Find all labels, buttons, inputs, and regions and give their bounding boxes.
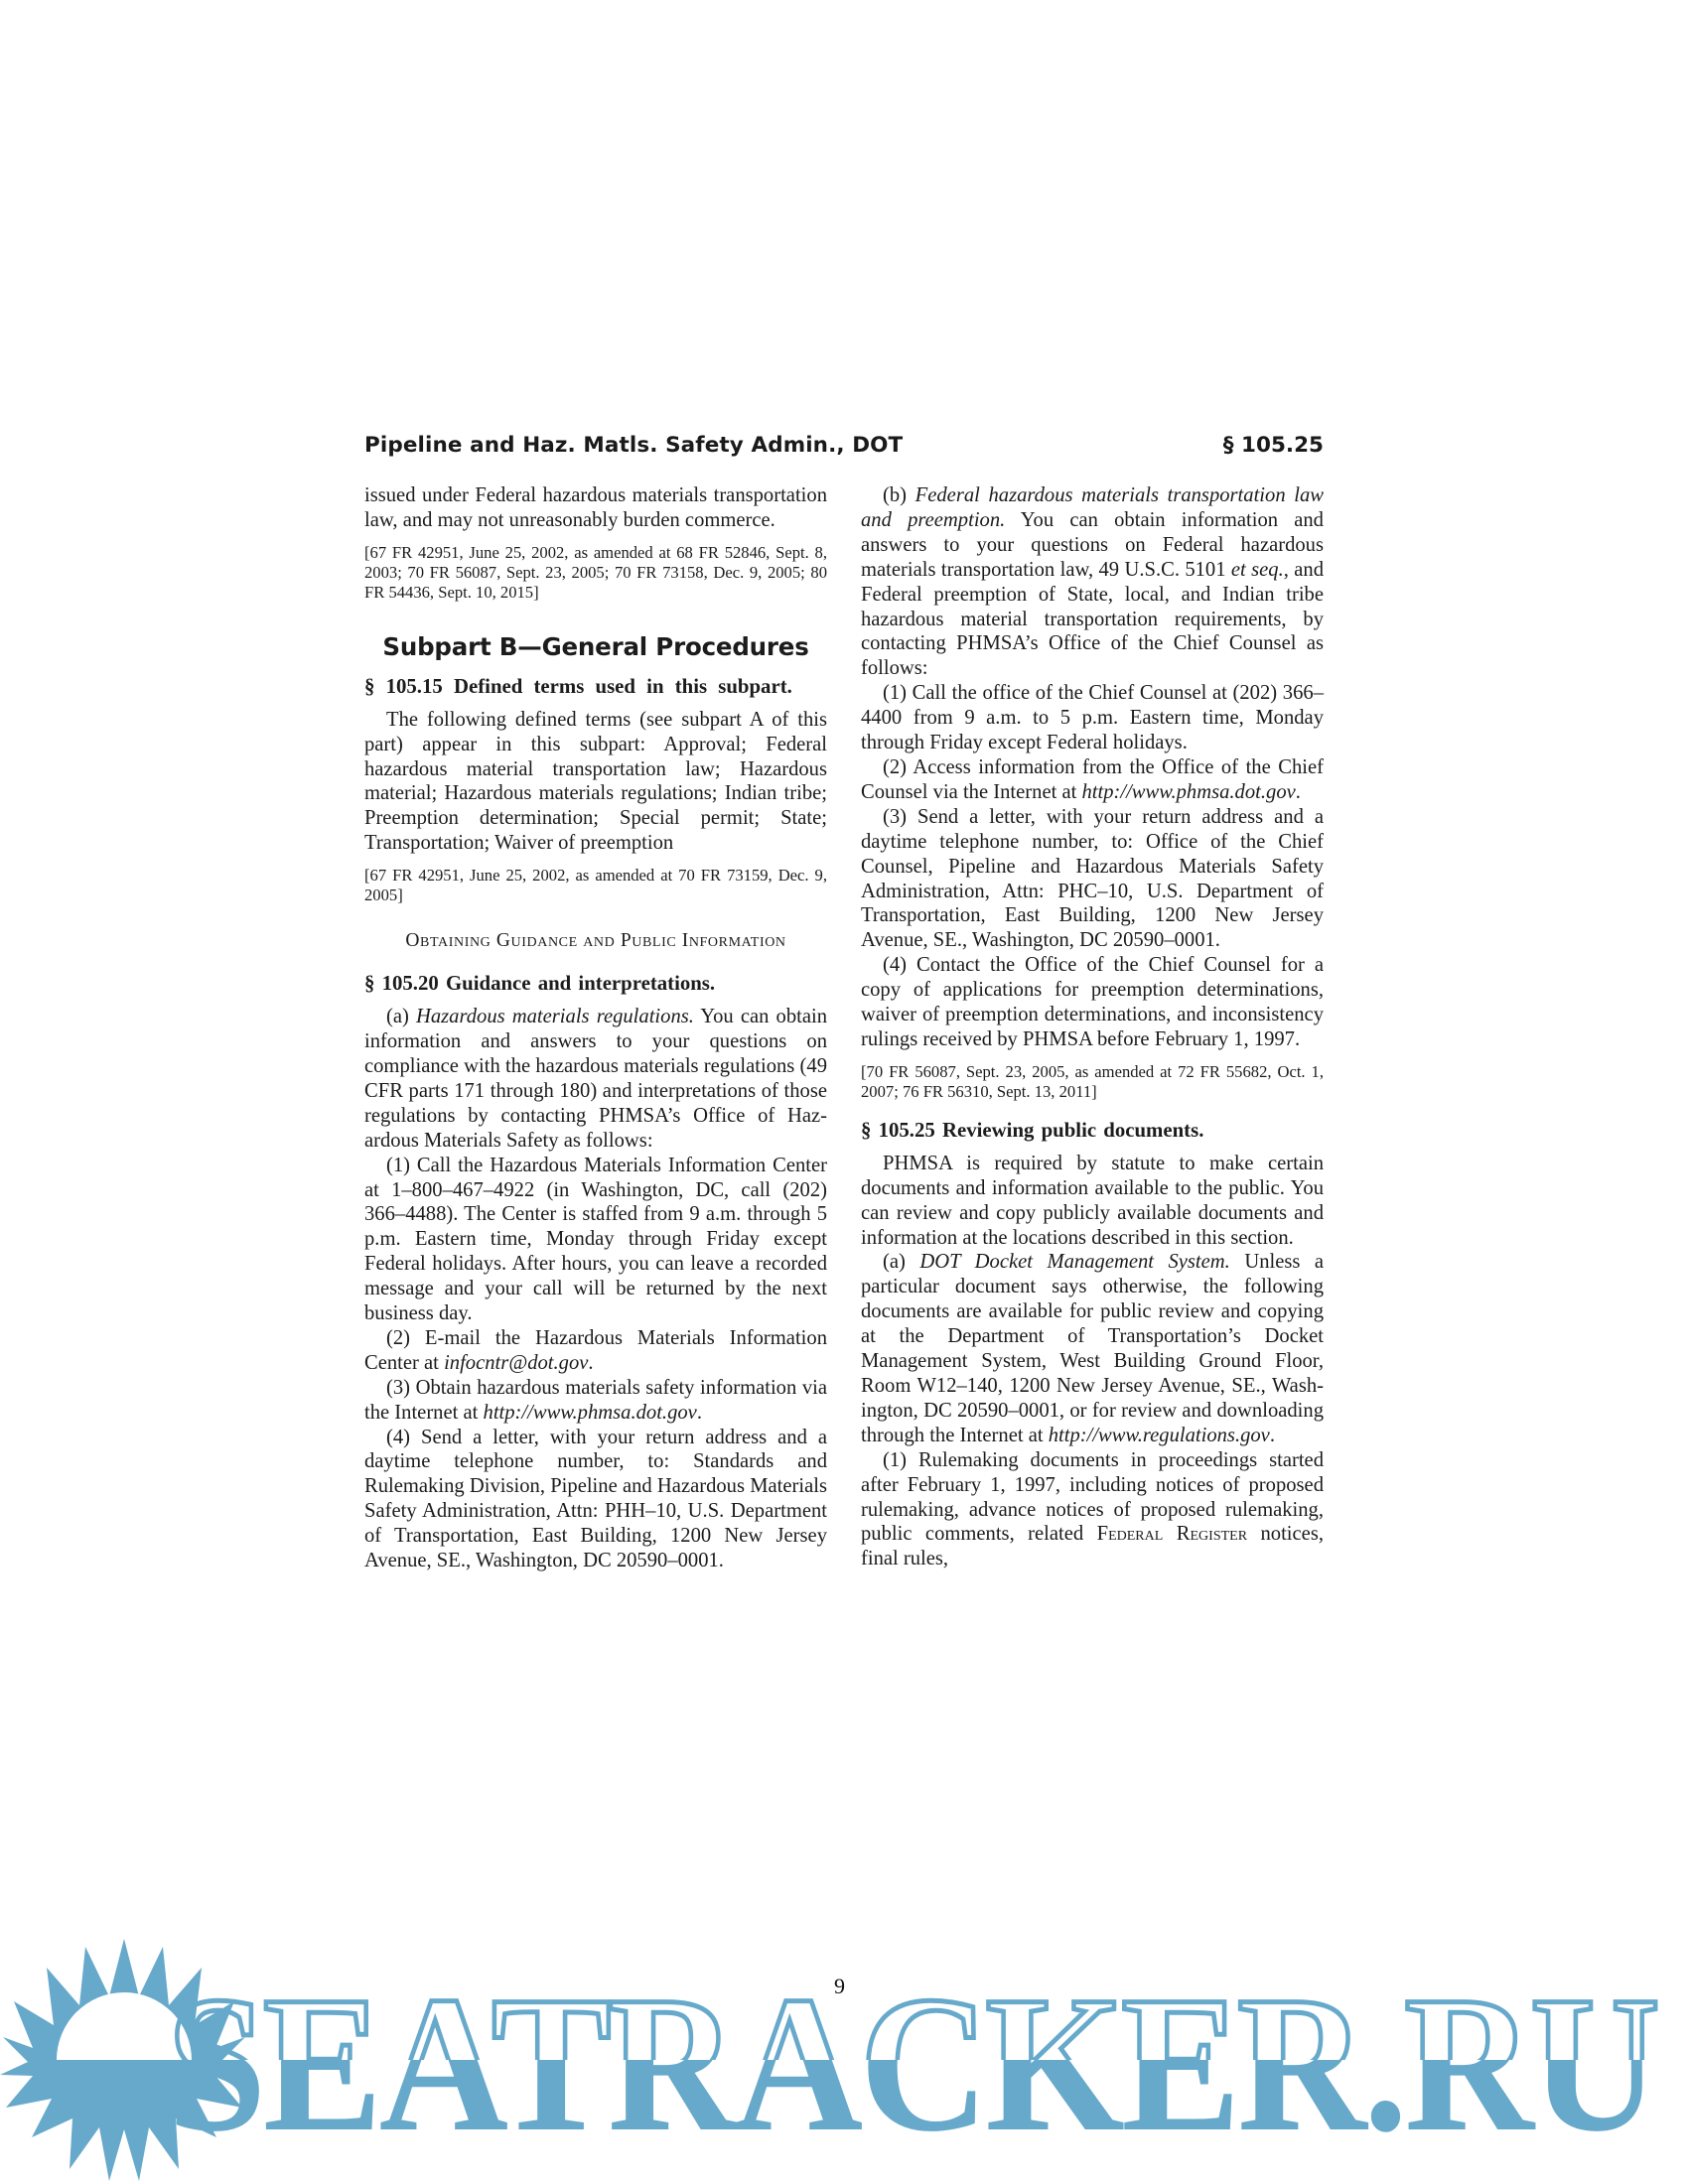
url-link[interactable]: http://www.phmsa.dot.gov [1081, 781, 1295, 803]
section-heading-105-25: § 105.25 Reviewing public documents. [861, 1120, 1324, 1142]
right-column: (b) Federal hazardous materials trans­po… [861, 483, 1324, 1571]
section-heading-105-15: § 105.15 Defined terms used in this subp… [364, 676, 827, 698]
running-header: Pipeline and Haz. Matls. Safety Admin., … [364, 433, 1324, 461]
email-link[interactable]: infocntr@dot.gov [444, 1352, 588, 1374]
subpart-heading: Subpart B—General Procedures [364, 635, 827, 660]
list-item-2: (2) Access information from the Of­fice … [861, 755, 1324, 805]
citation: [70 FR 56087, Sept. 23, 2005, as amended… [861, 1062, 1324, 1102]
url-link[interactable]: http://www.phmsa.dot.gov [484, 1402, 697, 1424]
svg-text:SEATRACKER.RU: SEATRACKER.RU [167, 1957, 1656, 2172]
list-item-4: (4) Contact the Office of the Chief Coun… [861, 953, 1324, 1052]
citation: [67 FR 42951, June 25, 2002, as amended … [364, 543, 827, 603]
section-intro: PHMSA is required by statute to make cer… [861, 1152, 1324, 1251]
para-title: DOT Docket Management System. [919, 1251, 1229, 1273]
list-item-1: (1) Rulemaking documents in pro­ceedings… [861, 1448, 1324, 1572]
federal-register: Federal Register [1097, 1523, 1247, 1545]
para-label: (b) [883, 484, 907, 506]
document-page: Pipeline and Haz. Matls. Safety Admin., … [0, 0, 1688, 2184]
list-item-4: (4) Send a letter, with your return addr… [364, 1426, 827, 1573]
para-label: (a) [883, 1251, 906, 1273]
list-item-1: (1) Call the Hazardous Materials In­form… [364, 1154, 827, 1326]
list-item-2: (2) E-mail the Hazardous Materials Infor… [364, 1326, 827, 1376]
et-seq: et seq. [1231, 559, 1284, 581]
list-item-3: (3) Send a letter, with your return addr… [861, 805, 1324, 953]
sun-icon [0, 1939, 248, 2181]
url-link[interactable]: http://www.regulations.gov [1049, 1425, 1270, 1446]
paragraph-b: (b) Federal hazardous materials trans­po… [861, 483, 1324, 681]
section-heading-105-20: § 105.20 Guidance and interpretations. [364, 973, 827, 995]
para-text: Unless a particular document says oth­er… [861, 1251, 1324, 1445]
paragraph-a: (a) DOT Docket Management System. Unless… [861, 1250, 1324, 1447]
paragraph-a: (a) Hazardous materials regulations. You… [364, 1005, 827, 1153]
item-text: (2) E-mail the Hazardous Materials Infor… [364, 1327, 827, 1374]
para-title: Hazardous materials regulations. [416, 1006, 694, 1027]
header-agency: Pipeline and Haz. Matls. Safety Admin., … [364, 433, 903, 458]
list-item-1: (1) Call the office of the Chief Coun­se… [861, 681, 1324, 755]
page-number: 9 [834, 1974, 845, 1999]
svg-text:SEATRACKER.RU: SEATRACKER.RU [167, 1957, 1656, 2172]
watermark: SEATRACKER.RU SEATRACKER.RU [0, 1931, 1688, 2184]
list-item-3: (3) Obtain hazardous materials safety in… [364, 1376, 827, 1426]
section-body: The following defined terms (see sub­par… [364, 708, 827, 856]
header-section: § 105.25 [1223, 433, 1324, 458]
left-column: issued under Federal hazardous mate­rial… [364, 483, 827, 1573]
citation: [67 FR 42951, June 25, 2002, as amended … [364, 866, 827, 905]
para-label: (a) [386, 1006, 409, 1027]
continuation-text: issued under Federal hazardous mate­rial… [364, 483, 827, 533]
center-heading: Obtaining Guidance and Public Informatio… [364, 929, 827, 953]
